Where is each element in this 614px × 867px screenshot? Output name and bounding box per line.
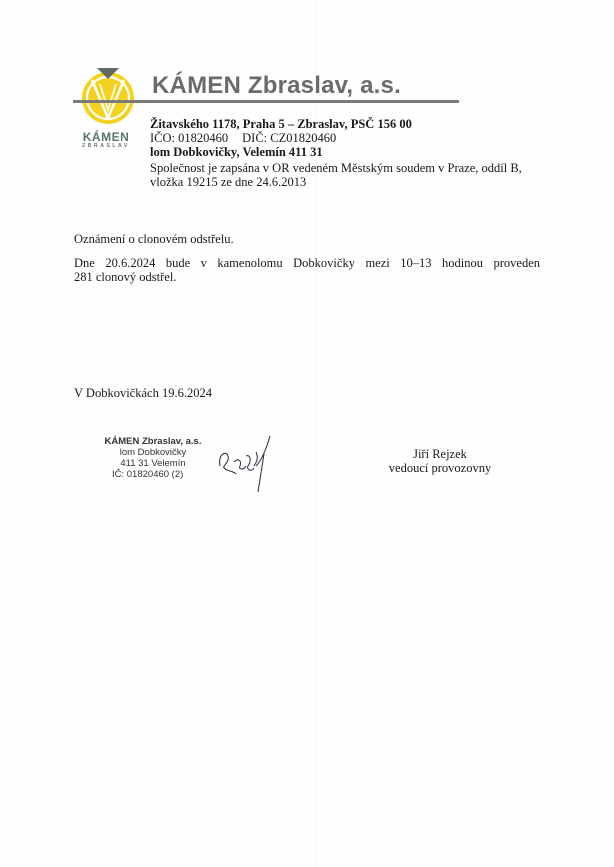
stamp-company: KÁMEN Zbraslav, a.s. [98,436,208,447]
stamp-ic: IČ: 01820460 (2) [98,469,208,480]
signer-block: Jiří Rejzek vedoucí provozovny [380,447,500,475]
notice-subject: Oznámení o clonovém odstřelu. [74,232,234,246]
company-stamp: KÁMEN Zbraslav, a.s. lom Dobkovičky 411 … [98,436,208,480]
signer-role: vedoucí provozovny [380,461,500,475]
logo-wordmark: KÁMEN [75,131,137,143]
stamp-site: lom Dobkovičky [98,447,208,458]
header-rule [73,100,459,103]
quarry-site: lom Dobkovičky, Velemín 411 31 [150,145,323,159]
registry-line-1: Společnost je zapsána v OR vedeném Městs… [150,161,522,175]
company-ids: IČO: 01820460DIČ: CZ01820460 [150,131,336,145]
registry-line-2: vložka 19215 ze dne 24.6.2013 [150,175,306,189]
company-logo-icon [78,62,138,126]
company-address: Žitavského 1178, Praha 5 – Zbraslav, PSČ… [150,117,412,131]
signer-name: Jiří Rejzek [380,447,500,461]
notice-line-1: Dne 20.6.2024 bude v kamenolomu Dobkovič… [74,256,540,270]
signature-icon [212,426,282,496]
logo-subword: ZBRASLAV [75,143,137,149]
notice-paragraph: Dne 20.6.2024 bude v kamenolomu Dobkovič… [74,256,540,284]
ico-number: IČO: 01820460 [150,131,228,145]
company-name: KÁMEN Zbraslav, a.s. [152,72,401,100]
stamp-address: 411 31 Velemín [98,458,208,469]
place-date: V Dobkovičkách 19.6.2024 [74,386,212,400]
notice-line-2: 281 clonový odstřel. [74,270,176,284]
document-page: KÁMEN ZBRASLAV KÁMEN Zbraslav, a.s. Žita… [0,0,614,867]
dic-number: DIČ: CZ01820460 [242,131,336,145]
